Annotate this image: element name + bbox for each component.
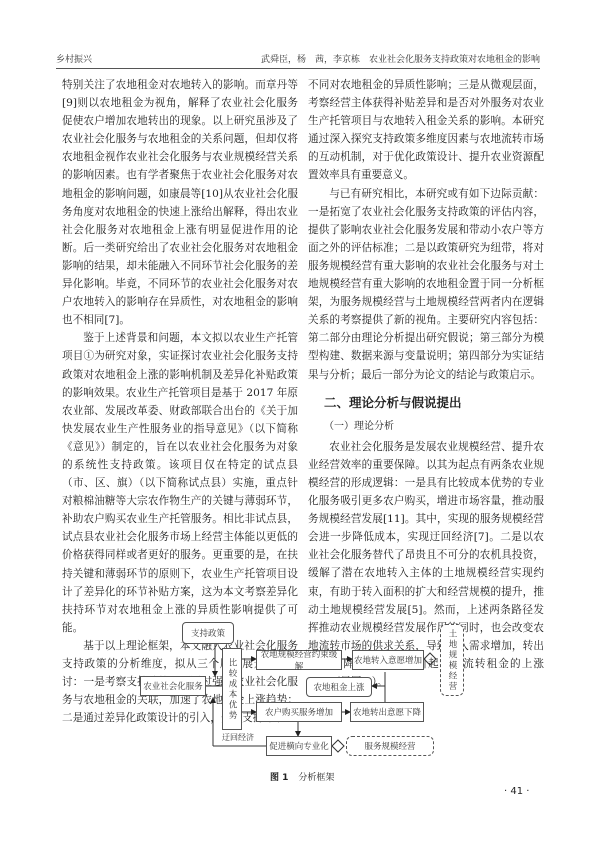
node-specialization: 促进横向专业化 xyxy=(266,736,332,756)
left-column: 特别关注了农地租金对农地转入的影响。而章丹等[9]则以农地租金为视角，解释了农业… xyxy=(62,76,298,727)
page-number: · 41 · xyxy=(504,786,529,797)
authors-and-title: 武舜臣，杨 茜，李京栋 农业社会化服务支持政策对农地租金的影响 xyxy=(261,52,540,65)
roundabout-label: 迂回经济 xyxy=(222,732,254,743)
right-column: 不同对农地租金的异质性影响；三是从微观层面，考察经营主体获得补贴差异和是否对外服… xyxy=(308,76,544,691)
paragraph: 与已有研究相比，本研究或有如下边际贡献：一是拓宽了农业社会化服务支持政策的评估内… xyxy=(308,185,544,384)
paragraph: 农业社会化服务是发展农业规模经营、提升农业经营效率的重要保障。以其为起点有两条农… xyxy=(308,438,544,691)
paragraph: 鉴于上述背景和问题，本文拟以农业生产托管项目①为研究对象，实证探讨农业社会化服务… xyxy=(62,329,298,637)
paragraph: 特别关注了农地租金对农地转入的影响。而章丹等[9]则以农地租金为视角，解释了农业… xyxy=(62,76,298,329)
node-transfer-out: 农地转出意愿下降 xyxy=(350,702,424,722)
paragraph: 基于以上理论框架，本文融入农业社会化服务支持政策的分析维度，拟从三个层面展开深入… xyxy=(62,637,298,727)
paragraph: 不同对农地租金的异质性影响；三是从微观层面，考察经营主体获得补贴差异和是否对外服… xyxy=(308,76,544,185)
figure-number: 图 1 xyxy=(270,773,288,783)
figure-title: 分析框架 xyxy=(298,773,334,783)
subsection-heading: （一）理论分析 xyxy=(324,418,544,436)
running-header: 乡村振兴 武舜臣，杨 茜，李京栋 农业社会化服务支持政策对农地租金的影响 xyxy=(56,50,540,69)
figure-caption: 图 1分析框架 xyxy=(270,770,334,783)
section-heading: 二、理论分析与假说提出 xyxy=(324,394,544,412)
journal-section: 乡村振兴 xyxy=(56,52,92,65)
node-service-scale: 服务规模经营 xyxy=(346,736,434,756)
